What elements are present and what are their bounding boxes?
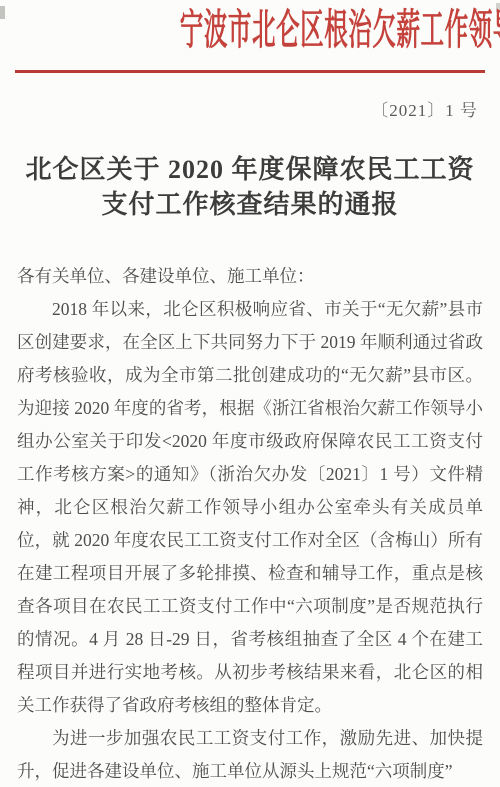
document-page: 宁波市北仑区根治欠薪工作领导小组办公室 〔2021〕1 号 北仑区关于 2020…	[0, 0, 500, 787]
letterhead-divider-line	[15, 70, 485, 73]
document-title: 北仑区关于 2020 年度保障农民工工资 支付工作核查结果的通报	[0, 152, 500, 222]
document-title-line-1: 北仑区关于 2020 年度保障农民工工资	[0, 152, 500, 187]
body-paragraph: 2018 年以来，北仑区积极响应省、市关于“无欠薪”县市区创建要求，在全区上下共…	[17, 293, 483, 722]
body-paragraph: 为进一步加强农民工工资支付工作，激励先进、加快提升，促进各建设单位、施工单位从源…	[17, 722, 483, 787]
document-title-line-2: 支付工作核查结果的通报	[0, 187, 500, 222]
document-body: 各有关单位、各建设单位、施工单位： 2018 年以来，北仑区积极响应省、市关于“…	[17, 260, 483, 787]
red-letterhead: 宁波市北仑区根治欠薪工作领导小组办公室	[0, 7, 500, 59]
document-number: 〔2021〕1 号	[371, 96, 478, 121]
body-paragraphs: 2018 年以来，北仑区积极响应省、市关于“无欠薪”县市区创建要求，在全区上下共…	[17, 293, 483, 787]
issuing-org-title: 宁波市北仑区根治欠薪工作领导小组办公室	[180, 7, 500, 55]
salutation: 各有关单位、各建设单位、施工单位：	[17, 260, 483, 293]
